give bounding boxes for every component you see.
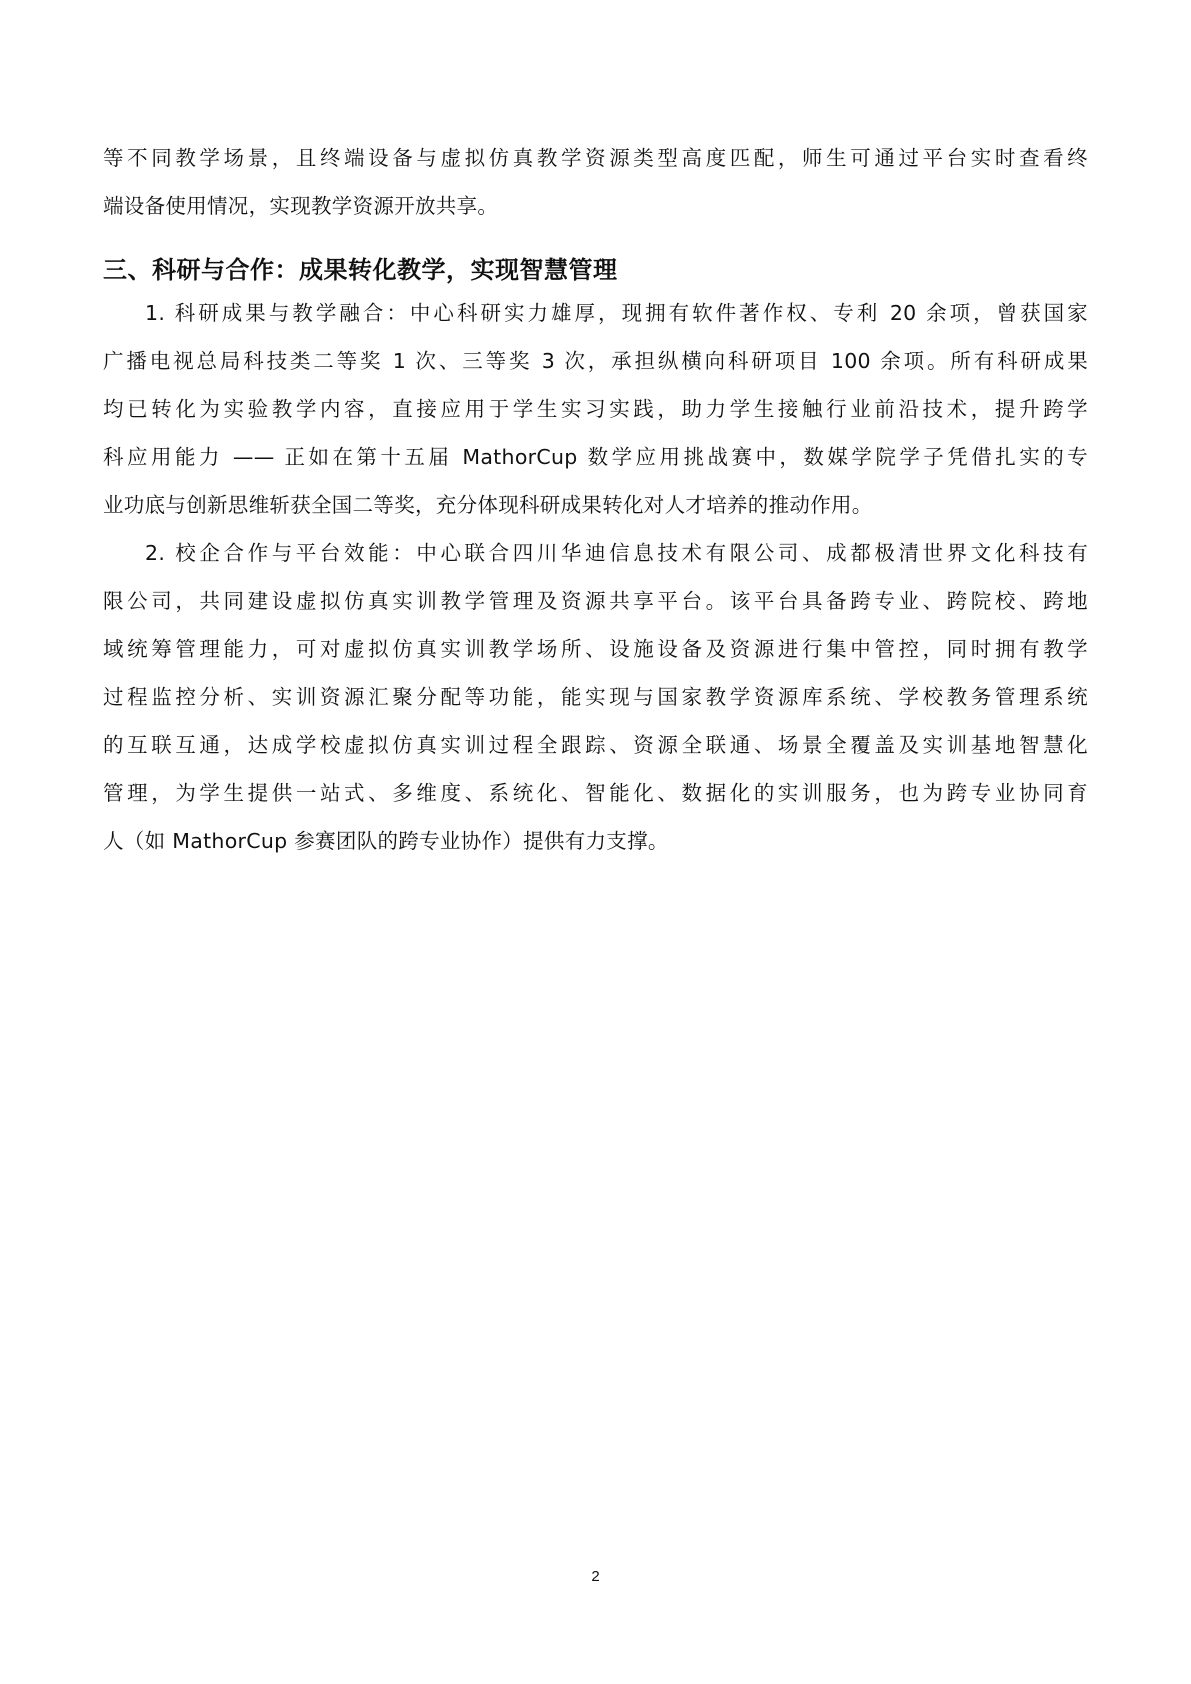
section-heading: 三、科研与合作：成果转化教学，实现智慧管理 — [103, 254, 618, 286]
page-number: 2 — [0, 1568, 1191, 1585]
body-text-line: 端设备使用情况，实现教学资源开放共享。 — [103, 192, 1088, 220]
body-text-line: 的互联互通，达成学校虚拟仿真实训过程全跟踪、资源全联通、场景全覆盖及实训基地智慧… — [103, 731, 1088, 759]
body-text-line: 科应用能力 —— 正如在第十五届 MathorCup 数学应用挑战赛中，数媒学院… — [103, 443, 1088, 471]
body-text-line: 域统筹管理能力，可对虚拟仿真实训教学场所、设施设备及资源进行集中管控，同时拥有教… — [103, 635, 1088, 663]
body-text-line: 广播电视总局科技类二等奖 1 次、三等奖 3 次，承担纵横向科研项目 100 余… — [103, 347, 1088, 375]
body-text-line: 过程监控分析、实训资源汇聚分配等功能，能实现与国家教学资源库系统、学校教务管理系… — [103, 683, 1088, 711]
document-page: 等不同教学场景，且终端设备与虚拟仿真教学资源类型高度匹配，师生可通过平台实时查看… — [0, 0, 1191, 1684]
body-text-line: 业功底与创新思维斩获全国二等奖，充分体现科研成果转化对人才培养的推动作用。 — [103, 491, 1088, 519]
body-text-line: 1. 科研成果与教学融合：中心科研实力雄厚，现拥有软件著作权、专利 20 余项，… — [145, 299, 1088, 327]
body-text-line: 管理，为学生提供一站式、多维度、系统化、智能化、数据化的实训服务，也为跨专业协同… — [103, 779, 1088, 807]
body-text-line: 限公司，共同建设虚拟仿真实训教学管理及资源共享平台。该平台具备跨专业、跨院校、跨… — [103, 587, 1088, 615]
body-text-line: 均已转化为实验教学内容，直接应用于学生实习实践，助力学生接触行业前沿技术，提升跨… — [103, 395, 1088, 423]
body-text-line: 等不同教学场景，且终端设备与虚拟仿真教学资源类型高度匹配，师生可通过平台实时查看… — [103, 144, 1088, 172]
body-text-line: 2. 校企合作与平台效能：中心联合四川华迪信息技术有限公司、成都极清世界文化科技… — [145, 539, 1088, 567]
body-text-line: 人（如 MathorCup 参赛团队的跨专业协作）提供有力支撑。 — [103, 827, 1088, 855]
